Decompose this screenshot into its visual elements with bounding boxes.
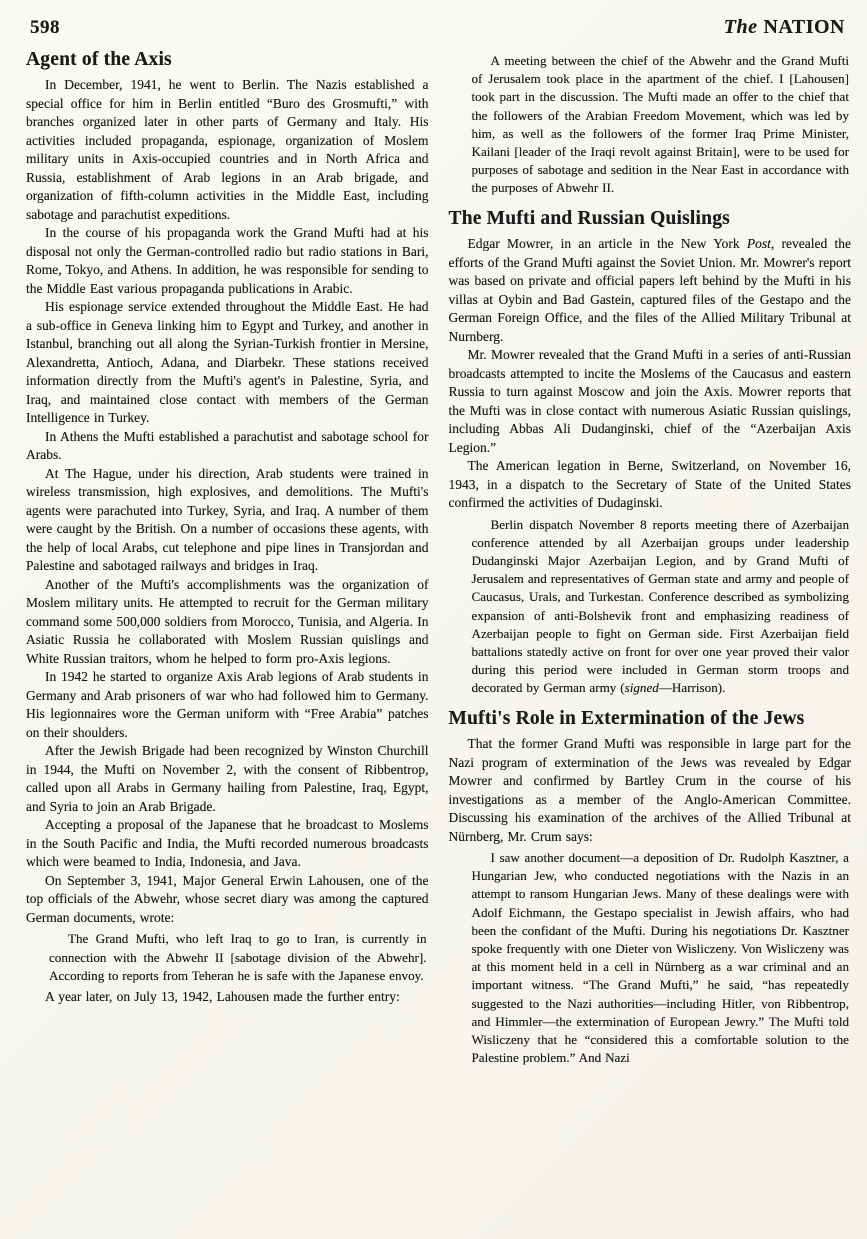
magazine-title: TheNATION <box>724 16 845 39</box>
magazine-title-the: The <box>724 16 758 38</box>
blockquote-lahousen-diary-1942: A meeting between the chief of the Abweh… <box>472 52 850 198</box>
paragraph: At The Hague, under his direction, Arab … <box>26 465 429 576</box>
paragraph: On September 3, 1941, Major General Erwi… <box>26 872 429 928</box>
section-heading-agent-of-the-axis: Agent of the Axis <box>26 49 429 71</box>
paragraph: Mr. Mowrer revealed that the Grand Mufti… <box>449 346 852 457</box>
paragraph: In 1942 he started to organize Axis Arab… <box>26 668 429 742</box>
italic-newspaper-name: Post <box>747 236 771 251</box>
blockquote-crum-deposition: I saw another document—a deposition of D… <box>472 849 850 1067</box>
paragraph: In the course of his propaganda work the… <box>26 224 429 298</box>
magazine-page: 598 TheNATION Agent of the Axis In Decem… <box>0 0 867 1239</box>
quote-text: Berlin dispatch November 8 reports meeti… <box>472 517 850 696</box>
paragraph: The American legation in Berne, Switzerl… <box>449 457 852 513</box>
paragraph: In December, 1941, he went to Berlin. Th… <box>26 76 429 224</box>
italic-signed: signed <box>625 680 659 695</box>
paragraph: Accepting a proposal of the Japanese tha… <box>26 816 429 872</box>
magazine-title-nation: NATION <box>763 16 845 38</box>
paragraph: That the former Grand Mufti was responsi… <box>449 735 852 846</box>
paragraph: A year later, on July 13, 1942, Lahousen… <box>26 988 429 1007</box>
blockquote-berlin-dispatch: Berlin dispatch November 8 reports meeti… <box>472 516 850 698</box>
right-column: A meeting between the chief of the Abweh… <box>449 49 852 1070</box>
paragraph: In Athens the Mufti established a parach… <box>26 428 429 465</box>
two-column-layout: Agent of the Axis In December, 1941, he … <box>26 49 851 1070</box>
quote-text: —Harrison). <box>659 680 726 695</box>
paragraph: His espionage service extended throughou… <box>26 298 429 428</box>
section-heading-mufti-and-russian-quislings: The Mufti and Russian Quislings <box>449 208 852 230</box>
page-number: 598 <box>30 17 60 39</box>
page-header: 598 TheNATION <box>26 12 851 41</box>
paragraph-text: Edgar Mowrer, in an article in the New Y… <box>468 236 747 251</box>
paragraph-text: , revealed the efforts of the Grand Muft… <box>449 236 852 344</box>
section-heading-muftis-role-extermination: Mufti's Role in Extermination of the Jew… <box>449 708 852 730</box>
paragraph: Another of the Mufti's accomplishments w… <box>26 576 429 669</box>
paragraph: Edgar Mowrer, in an article in the New Y… <box>449 235 852 346</box>
paragraph: After the Jewish Brigade had been recogn… <box>26 742 429 816</box>
left-column: Agent of the Axis In December, 1941, he … <box>26 49 429 1070</box>
blockquote-lahousen-diary-1941: The Grand Mufti, who left Iraq to go to … <box>49 930 427 985</box>
